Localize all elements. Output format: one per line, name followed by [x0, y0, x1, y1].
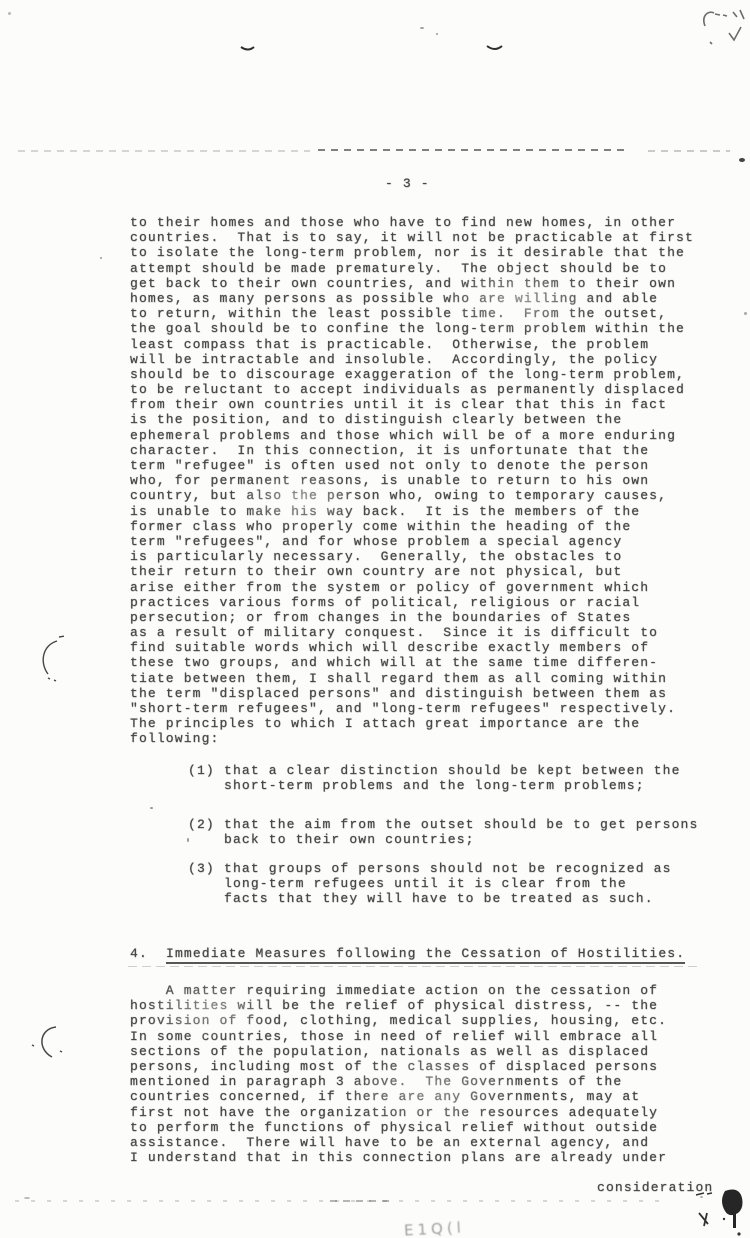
text-line: sections of the population, nationals as… — [130, 1044, 667, 1059]
text-line: following: — [130, 731, 694, 746]
text-line: who, for permanent reasons, is unable to… — [130, 473, 694, 488]
paragraph-immediate-measures: A matter requiring immediate action on t… — [130, 983, 667, 1165]
scan-dotted-line-top-left — [18, 150, 310, 152]
text-line: that a clear distinction should be kept … — [224, 763, 681, 778]
top-smudge-left — [240, 45, 256, 52]
scan-dotted-line-bottom-dark — [330, 1200, 392, 1202]
text-line: should be to discourage exaggeration of … — [130, 367, 694, 382]
bottom-right-ink-blot — [694, 1186, 750, 1238]
text-line: least compass that is practicable. Other… — [130, 337, 694, 352]
scanned-document-page: - 3 - to their homes and those who have … — [0, 0, 750, 1238]
text-line: first not have the organization or the r… — [130, 1105, 667, 1120]
text-line: from their own countries until it is cle… — [130, 397, 694, 412]
text-line: short-term problems and the long-term pr… — [224, 778, 681, 793]
text-line: arise either from the system or policy o… — [130, 580, 694, 595]
section-heading: 4. Immediate Measures following the Cess… — [130, 946, 685, 964]
text-line: attempt should be made prematurely. The … — [130, 261, 694, 276]
text-line: persons, including most of the classes o… — [130, 1059, 667, 1074]
section-heading-number: 4. — [130, 946, 166, 964]
text-line: as a result of military conquest. Since … — [130, 625, 694, 640]
text-line: these two groups, and which will at the … — [130, 655, 694, 670]
text-line: the goal should be to confine the long-t… — [130, 321, 694, 336]
text-line: to their homes and those who have to fin… — [130, 215, 694, 230]
scan-speck — [744, 312, 747, 315]
text-line: to isolate the long-term problem, nor is… — [130, 245, 694, 260]
text-line: is the position, and to distinguish clea… — [130, 412, 694, 427]
scan-speck — [24, 1197, 30, 1199]
text-line: mentioned in paragraph 3 above. The Gove… — [130, 1074, 667, 1089]
text-line: countries concerned, if there are any Go… — [130, 1089, 667, 1104]
scan-speck — [739, 158, 745, 162]
list-item-2-text: that the aim from the outset should be t… — [224, 817, 698, 847]
scan-speck — [436, 33, 438, 35]
text-line: countries. That is to say, it will not b… — [130, 230, 694, 245]
left-margin-paren-upper — [34, 634, 64, 684]
text-line: I understand that in this connection pla… — [130, 1150, 667, 1165]
scan-speck — [100, 257, 102, 259]
text-line: is unable to make his way back. It is th… — [130, 504, 694, 519]
scan-speck — [420, 27, 424, 29]
paragraph-continued: to their homes and those who have to fin… — [130, 215, 694, 747]
text-line: homes, as many persons as possible who a… — [130, 291, 694, 306]
text-line: the term "displaced persons" and disting… — [130, 686, 694, 701]
text-line: character. In this connection, it is unf… — [130, 443, 694, 458]
text-line: country, but also the person who, owing … — [130, 488, 694, 503]
top-right-pen-scribble — [698, 6, 750, 54]
text-line: term "refugee" is often used not only to… — [130, 458, 694, 473]
text-line: hostilities will be the relief of physic… — [130, 998, 667, 1013]
scan-speck — [187, 838, 189, 842]
pencil-annotation: E1Q(l — [404, 1218, 466, 1238]
scan-speck — [8, 12, 11, 15]
text-line: A matter requiring immediate action on t… — [130, 983, 667, 998]
text-line: persecution; or from changes in the boun… — [130, 610, 694, 625]
text-line: get back to their own countries, and wit… — [130, 276, 694, 291]
scan-speck — [700, 1196, 703, 1198]
text-line: to perform the functions of physical rel… — [130, 1120, 667, 1135]
section-heading-title: Immediate Measures following the Cessati… — [166, 946, 685, 964]
list-item-1-text: that a clear distinction should be kept … — [224, 763, 681, 793]
text-line: to return, within the least possible tim… — [130, 306, 694, 321]
text-line: assistance. There will have to be an ext… — [130, 1135, 667, 1150]
text-line: practices various forms of political, re… — [130, 595, 694, 610]
text-line: term "refugees", and for whose problem a… — [130, 534, 694, 549]
text-line: tiate between them, I shall regard them … — [130, 671, 694, 686]
text-line: that the aim from the outset should be t… — [224, 817, 698, 832]
text-line: their return to their own country are no… — [130, 564, 694, 579]
text-line: will be intractable and insoluble. Accor… — [130, 352, 694, 367]
text-line: to be reluctant to accept individuals as… — [130, 382, 694, 397]
list-item-2: (2) that the aim from the outset should … — [188, 817, 698, 847]
text-line: long-term refugees until it is clear fro… — [224, 876, 672, 891]
page-number: - 3 - — [385, 176, 430, 191]
text-line: The principles to which I attach great i… — [130, 716, 694, 731]
left-margin-paren-lower — [30, 1022, 66, 1066]
text-line: is particularly necessary. Generally, th… — [130, 549, 694, 564]
heading-underline-echo — [128, 966, 700, 967]
text-line: facts that they will have to be treated … — [224, 891, 672, 906]
text-line: provision of food, clothing, medical sup… — [130, 1013, 667, 1028]
list-item-1-marker: (1) — [188, 763, 224, 793]
list-item-3: (3) that groups of persons should not be… — [188, 861, 672, 907]
scan-dotted-line-top-right — [648, 150, 730, 152]
scan-dotted-line-top-mid — [318, 149, 630, 151]
list-item-1: (1) that a clear distinction should be k… — [188, 763, 681, 793]
scan-speck — [150, 807, 153, 809]
text-line: "short-term refugees", and "long-term re… — [130, 701, 694, 716]
text-line: former class who properly come within th… — [130, 519, 694, 534]
list-item-3-marker: (3) — [188, 861, 224, 907]
list-item-2-marker: (2) — [188, 817, 224, 847]
text-line: find suitable words which will describe … — [130, 640, 694, 655]
text-line: ephemeral problems and those which will … — [130, 428, 694, 443]
text-line: In some countries, those in need of reli… — [130, 1029, 667, 1044]
top-smudge-right — [486, 44, 504, 52]
text-line: back to their own countries; — [224, 832, 698, 847]
text-line: that groups of persons should not be rec… — [224, 861, 672, 876]
list-item-3-text: that groups of persons should not be rec… — [224, 861, 672, 907]
